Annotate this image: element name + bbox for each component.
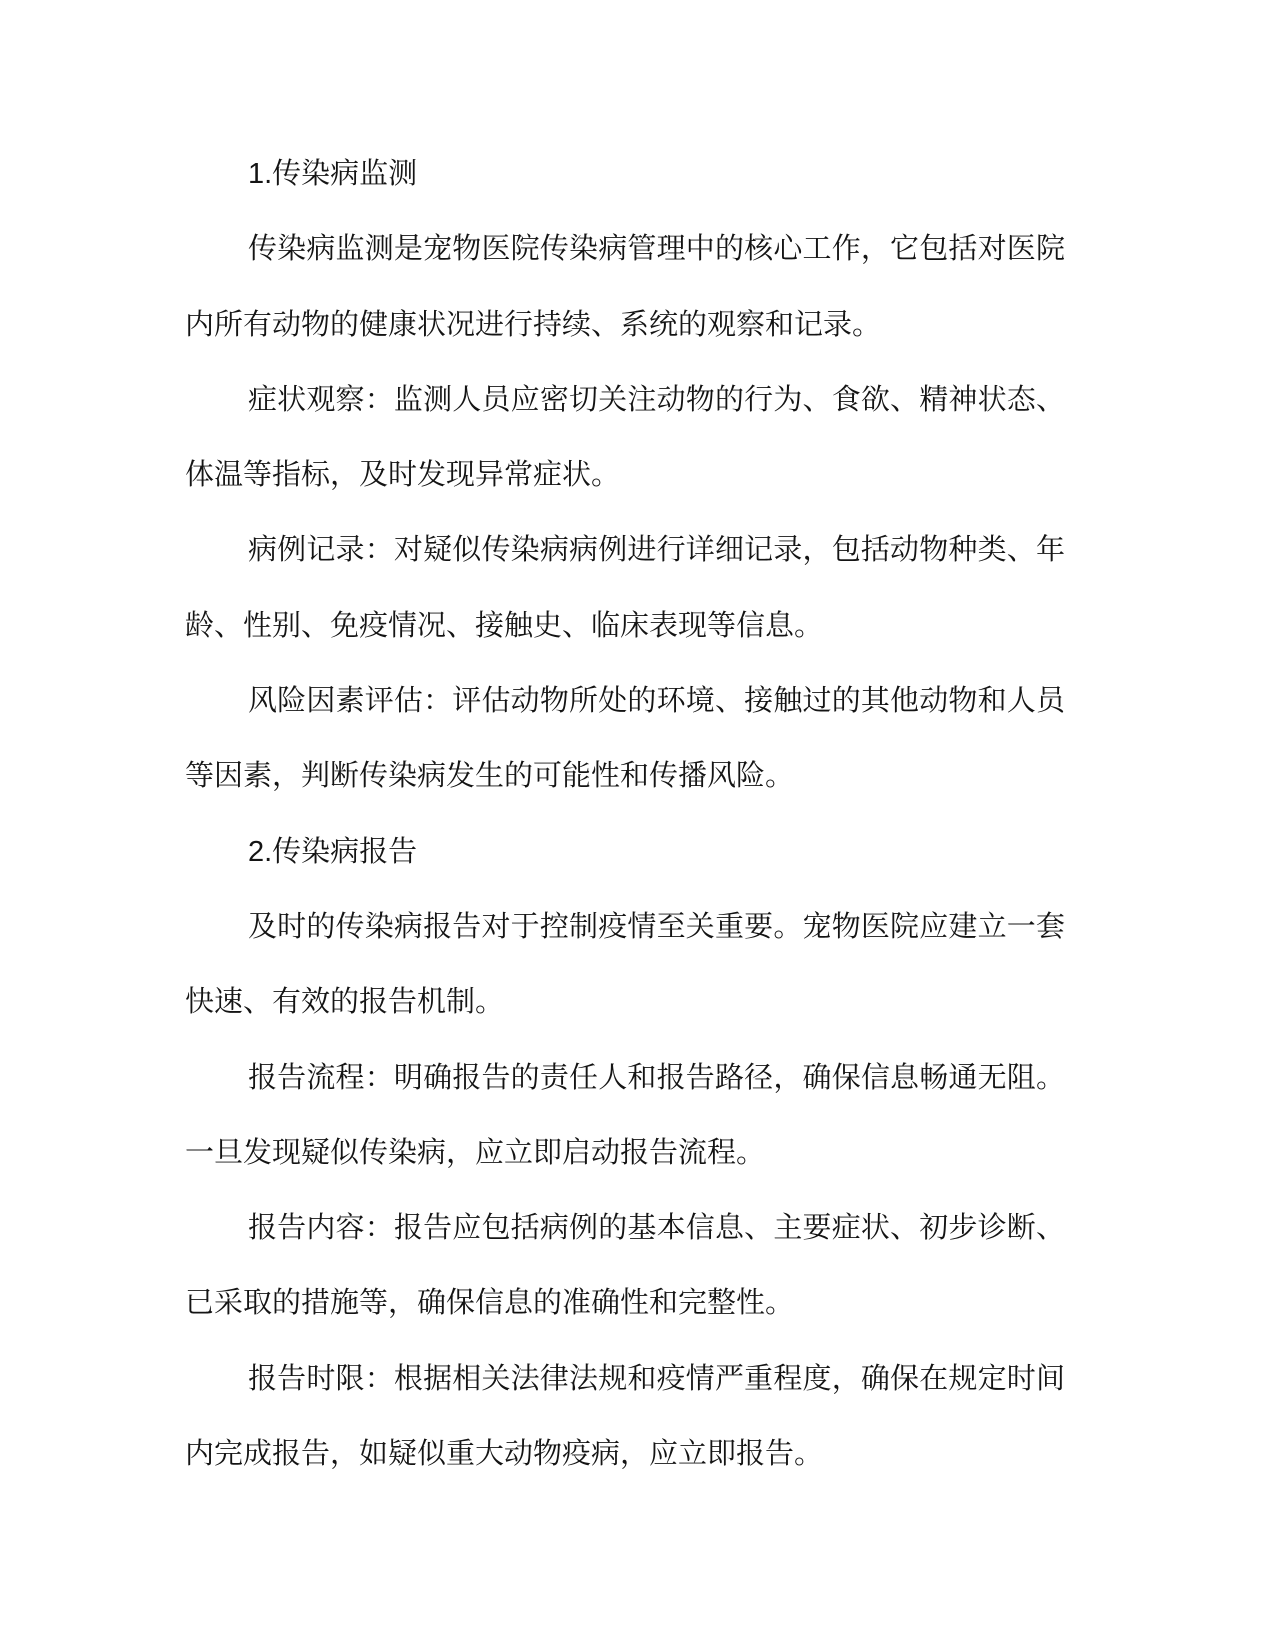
text-line: 快速、有效的报告机制。 <box>185 965 1065 1040</box>
text-line: 病例记录：对疑似传染病病例进行详细记录，包括动物种类、年 <box>185 513 1065 588</box>
text-line: 1.传染病监测 <box>185 137 1065 212</box>
text-line: 风险因素评估：评估动物所处的环境、接触过的其他动物和人员 <box>185 664 1065 739</box>
text-line: 内完成报告，如疑似重大动物疫病，应立即报告。 <box>185 1417 1065 1492</box>
text-line: 报告时限：根据相关法律法规和疫情严重程度，确保在规定时间 <box>185 1342 1065 1417</box>
paragraph: 及时的传染病报告对于控制疫情至关重要。宠物医院应建立一套快速、有效的报告机制。 <box>185 890 1065 1041</box>
paragraph: 症状观察：监测人员应密切关注动物的行为、食欲、精神状态、体温等指标，及时发现异常… <box>185 363 1065 514</box>
text-line: 已采取的措施等，确保信息的准确性和完整性。 <box>185 1266 1065 1341</box>
paragraph-heading: 1.传染病监测 <box>185 137 1065 212</box>
text-line: 报告流程：明确报告的责任人和报告路径，确保信息畅通无阻。 <box>185 1041 1065 1116</box>
text-line: 2.传染病报告 <box>185 815 1065 890</box>
text-line: 等因素，判断传染病发生的可能性和传播风险。 <box>185 739 1065 814</box>
text-line: 龄、性别、免疫情况、接触史、临床表现等信息。 <box>185 589 1065 664</box>
text-line: 报告内容：报告应包括病例的基本信息、主要症状、初步诊断、 <box>185 1191 1065 1266</box>
text-line: 一旦发现疑似传染病，应立即启动报告流程。 <box>185 1116 1065 1191</box>
paragraph: 病例记录：对疑似传染病病例进行详细记录，包括动物种类、年龄、性别、免疫情况、接触… <box>185 513 1065 664</box>
document-page: 1.传染病监测传染病监测是宠物医院传染病管理中的核心工作，它包括对医院内所有动物… <box>0 0 1275 1650</box>
document-body: 1.传染病监测传染病监测是宠物医院传染病管理中的核心工作，它包括对医院内所有动物… <box>185 137 1065 1493</box>
paragraph-heading: 2.传染病报告 <box>185 815 1065 890</box>
paragraph: 风险因素评估：评估动物所处的环境、接触过的其他动物和人员等因素，判断传染病发生的… <box>185 664 1065 815</box>
paragraph: 报告时限：根据相关法律法规和疫情严重程度，确保在规定时间内完成报告，如疑似重大动… <box>185 1342 1065 1493</box>
text-line: 体温等指标，及时发现异常症状。 <box>185 438 1065 513</box>
text-line: 传染病监测是宠物医院传染病管理中的核心工作，它包括对医院 <box>185 212 1065 287</box>
text-line: 症状观察：监测人员应密切关注动物的行为、食欲、精神状态、 <box>185 363 1065 438</box>
paragraph: 报告流程：明确报告的责任人和报告路径，确保信息畅通无阻。一旦发现疑似传染病，应立… <box>185 1041 1065 1192</box>
text-line: 及时的传染病报告对于控制疫情至关重要。宠物医院应建立一套 <box>185 890 1065 965</box>
paragraph: 传染病监测是宠物医院传染病管理中的核心工作，它包括对医院内所有动物的健康状况进行… <box>185 212 1065 363</box>
text-line: 内所有动物的健康状况进行持续、系统的观察和记录。 <box>185 288 1065 363</box>
paragraph: 报告内容：报告应包括病例的基本信息、主要症状、初步诊断、已采取的措施等，确保信息… <box>185 1191 1065 1342</box>
